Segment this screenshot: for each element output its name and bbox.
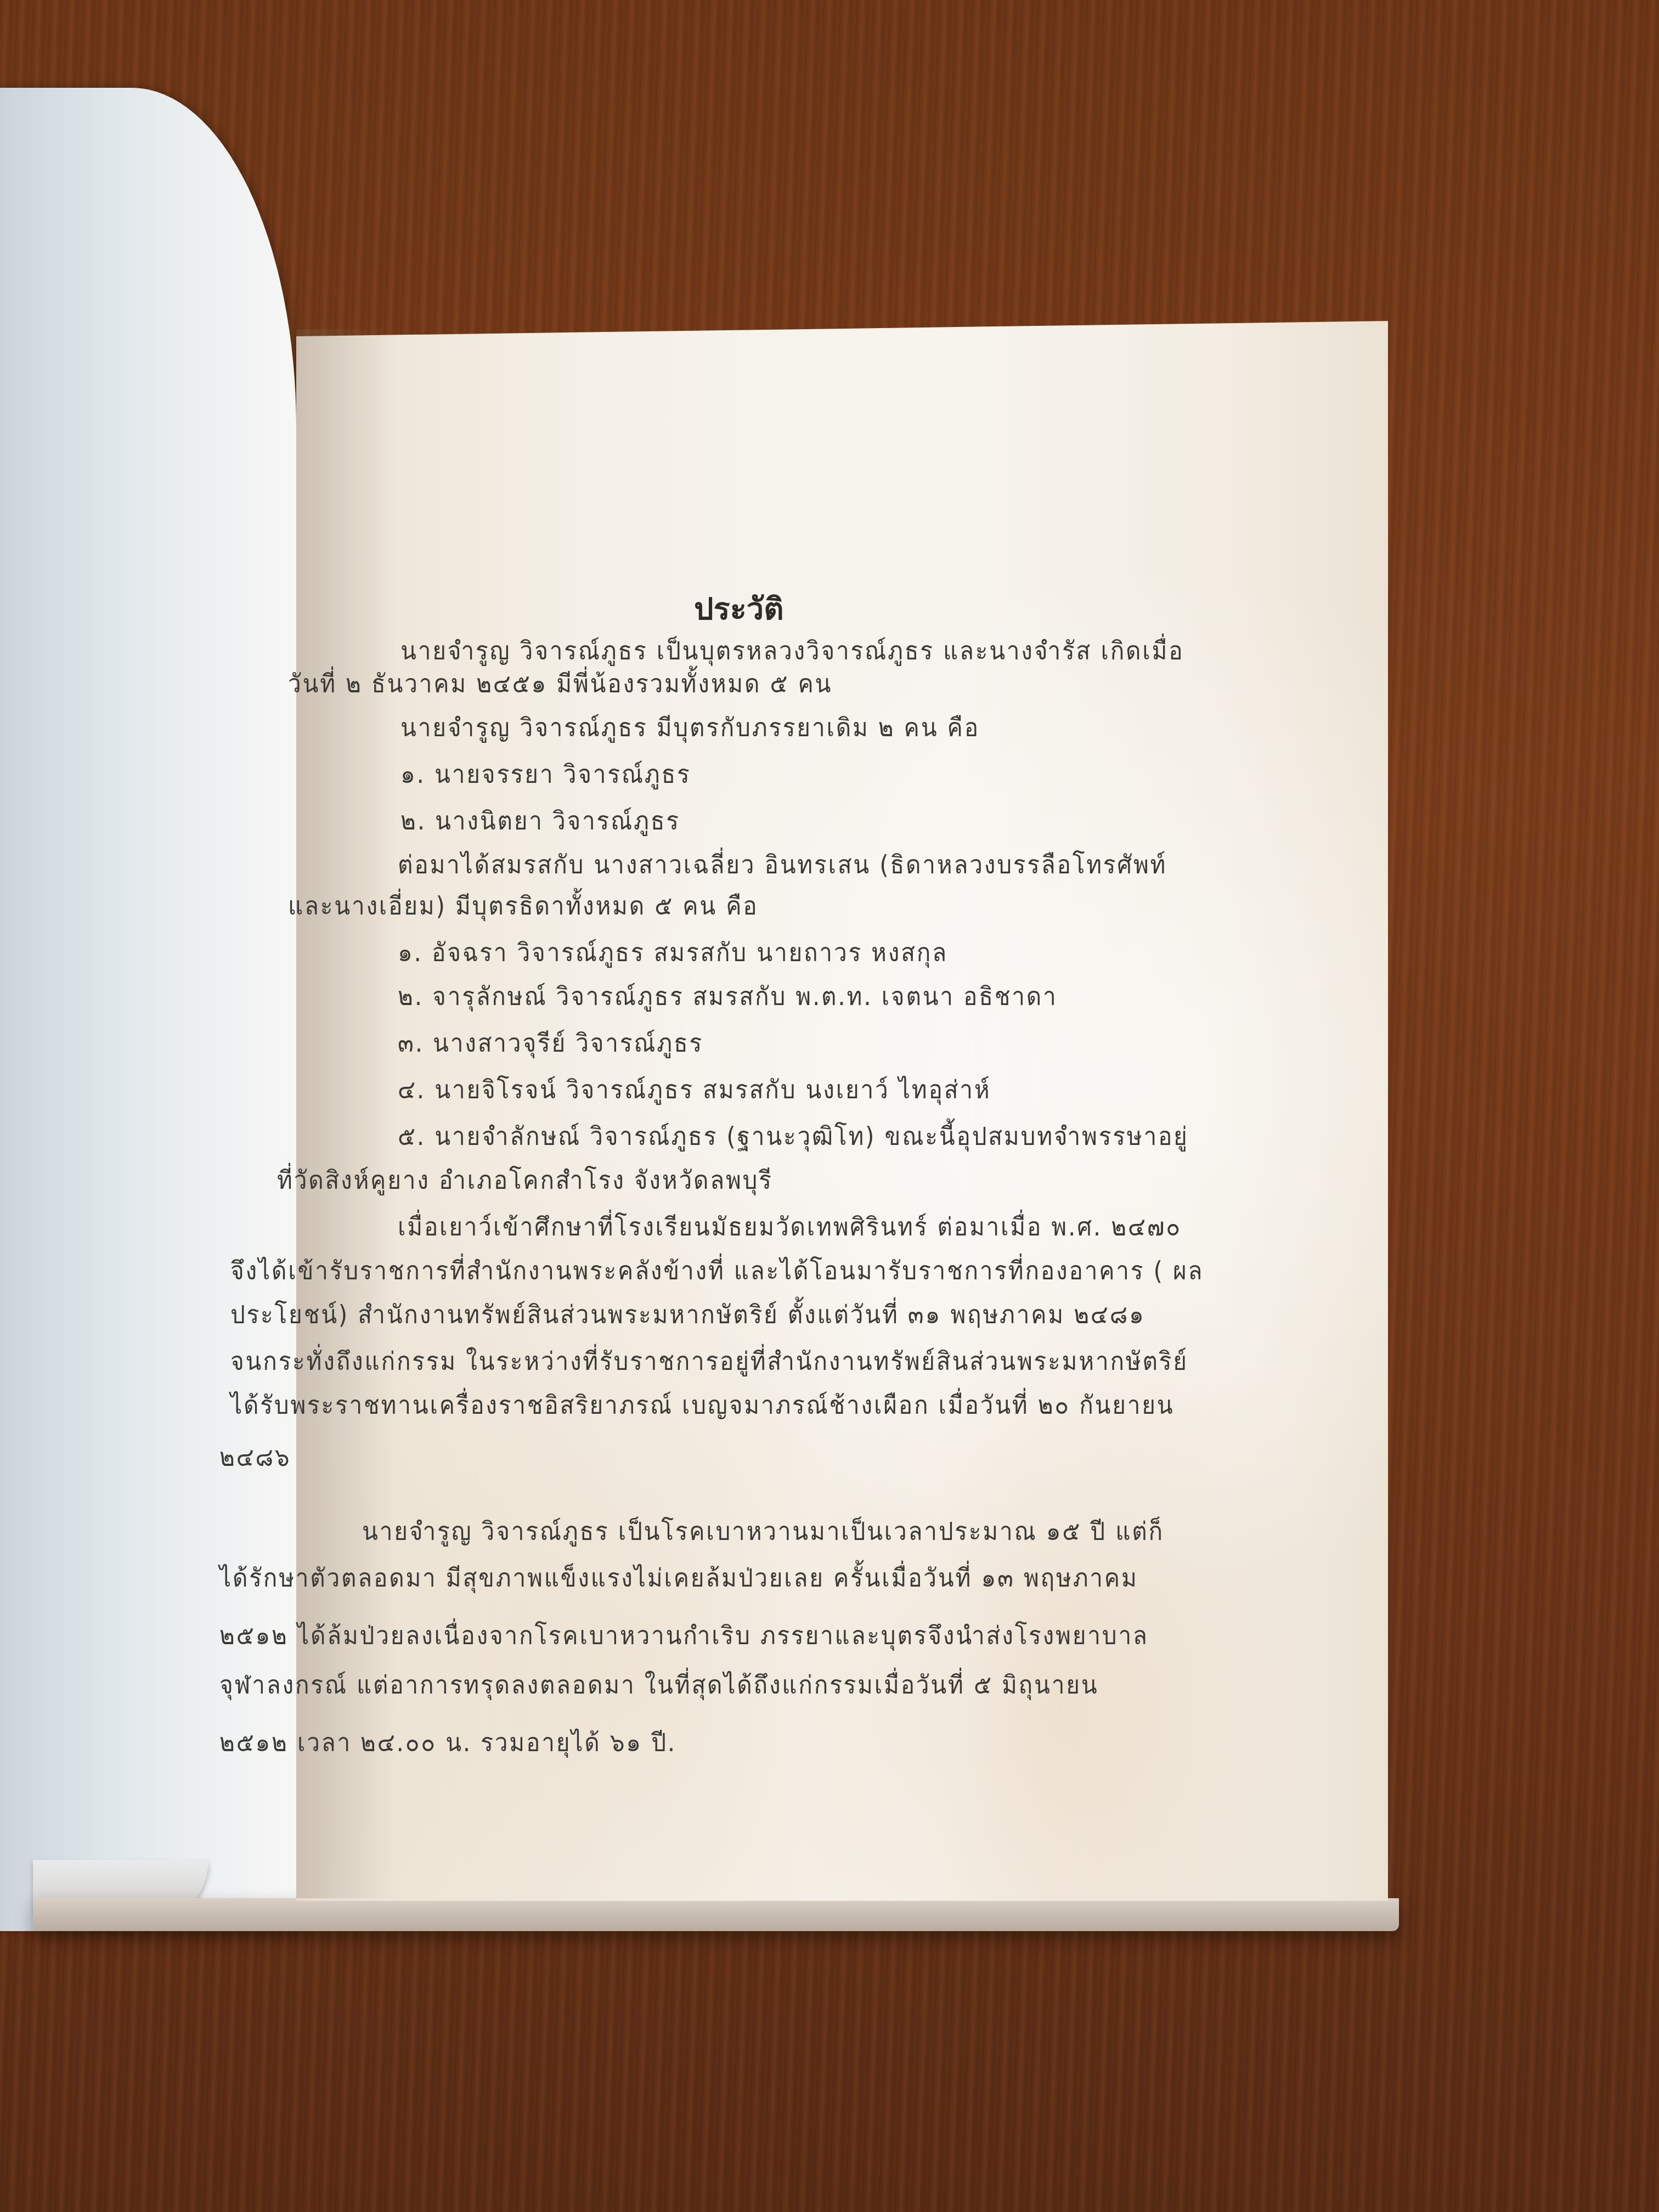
paragraph-line: ประโยชน์) สำนักงานทรัพย์สินส่วนพระมหากษั… [230, 1295, 1145, 1335]
paragraph-line: และนางเอี่ยม) มีบุตรธิดาทั้งหมด ๕ คน คือ [288, 886, 758, 926]
paragraph-line: ที่วัดสิงห์คูยาง อำเภอโคกสำโรง จังหวัดลพ… [277, 1160, 773, 1200]
paragraph-line: ๒๔๘๖ [219, 1437, 291, 1477]
list-item: ๒. นางนิตยา วิจารณ์ภูธร [400, 801, 680, 841]
document-title: ประวัติ [694, 584, 784, 633]
list-item: ๑. อัจฉรา วิจารณ์ภูธร สมรสกับ นายถาวร หง… [398, 933, 948, 973]
paragraph-line: จุฬาลงกรณ์ แต่อาการทรุดลงตลอดมา ในที่สุด… [219, 1665, 1098, 1705]
paragraph-line: เมื่อเยาว์เข้าศึกษาที่โรงเรียนมัธยมวัดเท… [398, 1207, 1182, 1247]
list-item: ๑. นายจรรยา วิจารณ์ภูธร [400, 754, 691, 794]
paragraph-line: ได้รับพระราชทานเครื่องราชอิสริยาภรณ์ เบญ… [230, 1385, 1175, 1425]
paragraph-line: จนกระทั่งถึงแก่กรรม ในระหว่างที่รับราชกา… [230, 1341, 1188, 1381]
list-item: ๓. นางสาวจุรีย์ วิจารณ์ภูธร [398, 1023, 703, 1063]
paragraph-line: ได้รักษาตัวตลอดมา มีสุขภาพแข็งแรงไม่เคยล… [219, 1558, 1138, 1598]
paragraph-line: จึงได้เข้ารับราชการที่สำนักงานพระคลังข้า… [230, 1251, 1204, 1291]
paragraph-line: ๒๕๑๒ ได้ล้มป่วยลงเนื่องจากโรคเบาหวานกำเร… [219, 1616, 1149, 1656]
paragraph-line: วันที่ ๒ ธันวาคม ๒๔๕๑ มีพี่น้องรวมทั้งหม… [288, 664, 832, 704]
document-page [296, 321, 1388, 1901]
paragraph-line: นายจำรูญ วิจารณ์ภูธร เป็นโรคเบาหวานมาเป็… [362, 1511, 1164, 1551]
paragraph-line: นายจำรูญ วิจารณ์ภูธร มีบุตรกับภรรยาเดิม … [400, 708, 980, 748]
list-item: ๕. นายจำลักษณ์ วิจารณ์ภูธร (ฐานะวุฒิโท) … [398, 1116, 1189, 1156]
paragraph-line: ๒๕๑๒ เวลา ๒๔.๐๐ น. รวมอายุได้ ๖๑ ปี. [219, 1723, 676, 1763]
list-item: ๔. นายจิโรจน์ วิจารณ์ภูธร สมรสกับ นงเยาว… [398, 1070, 991, 1110]
paragraph-line: ต่อมาได้สมรสกับ นางสาวเฉลี่ยว อินทรเสน (… [398, 845, 1167, 885]
list-item: ๒. จารุลักษณ์ วิจารณ์ภูธร สมรสกับ พ.ต.ท.… [398, 977, 1058, 1017]
book-edge [33, 1898, 1399, 1931]
